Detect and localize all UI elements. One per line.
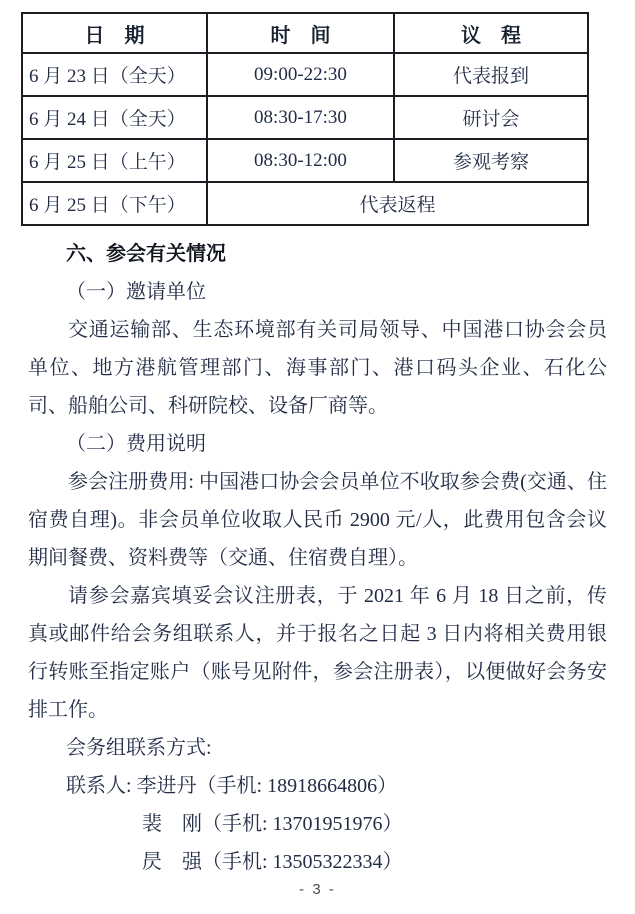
row1-date: 6 月 23 日（全天）: [22, 53, 207, 96]
table-row: 6 月 23 日（全天） 09:00-22:30 代表报到: [22, 53, 588, 96]
contact-person-3: 昃 强（手机: 13505322334）: [142, 851, 403, 873]
table-row: 6 月 24 日（全天） 08:30-17:30 研讨会: [22, 96, 588, 139]
row4-date: 6 月 25 日（下午）: [22, 182, 207, 225]
row2-date: 6 月 24 日（全天）: [22, 96, 207, 139]
subsection-1-heading: （一）邀请单位: [28, 273, 607, 311]
subsection-2-heading: （二）费用说明: [28, 425, 607, 463]
row3-date: 6 月 25 日（上午）: [22, 139, 207, 182]
section-heading: 六、参会有关情况: [28, 235, 607, 273]
document-page: 日 期 时 间 议 程 6 月 23 日（全天） 09:00-22:30 代表报…: [0, 0, 635, 914]
row1-time: 09:00-22:30: [207, 53, 394, 96]
row4-merged-agenda: 代表返程: [207, 182, 588, 225]
schedule-table: 日 期 时 间 议 程 6 月 23 日（全天） 09:00-22:30 代表报…: [21, 12, 589, 226]
registration-paragraph: 请参会嘉宾填妥会议注册表，于 2021 年 6 月 18 日之前，传真或邮件给会…: [28, 577, 607, 729]
fee-paragraph: 参会注册费用: 中国港口协会会员单位不收取参会费(交通、住宿费自理)。非会员单位…: [28, 463, 607, 577]
table-row: 6 月 25 日（下午） 代表返程: [22, 182, 588, 225]
invited-units-paragraph: 交通运输部、生态环境部有关司局领导、中国港口协会会员单位、地方港航管理部门、海事…: [28, 311, 607, 425]
table-header-row: 日 期 时 间 议 程: [22, 13, 588, 53]
contact-line-1: 联系人: 李进丹（手机: 18918664806）: [28, 767, 607, 805]
table-row: 6 月 25 日（上午） 08:30-12:00 参观考察: [22, 139, 588, 182]
contact-person-1: 李进丹（手机: 18918664806）: [137, 775, 398, 797]
row3-agenda: 参观考察: [394, 139, 588, 182]
row3-time: 08:30-12:00: [207, 139, 394, 182]
header-agenda: 议 程: [394, 13, 588, 53]
row1-agenda: 代表报到: [394, 53, 588, 96]
contact-title: 会务组联系方式:: [28, 729, 607, 767]
row2-agenda: 研讨会: [394, 96, 588, 139]
contact-label: 联系人:: [66, 775, 137, 797]
page-number: - 3 -: [0, 881, 635, 898]
row2-time: 08:30-17:30: [207, 96, 394, 139]
document-body: 六、参会有关情况 （一）邀请单位 交通运输部、生态环境部有关司局领导、中国港口协…: [28, 235, 607, 881]
contact-line-2: 裴 刚（手机: 13701951976）: [142, 805, 607, 843]
header-time: 时 间: [207, 13, 394, 53]
contact-line-3: 昃 强（手机: 13505322334）: [142, 843, 607, 881]
contact-person-2: 裴 刚（手机: 13701951976）: [142, 813, 403, 835]
header-date: 日 期: [22, 13, 207, 53]
